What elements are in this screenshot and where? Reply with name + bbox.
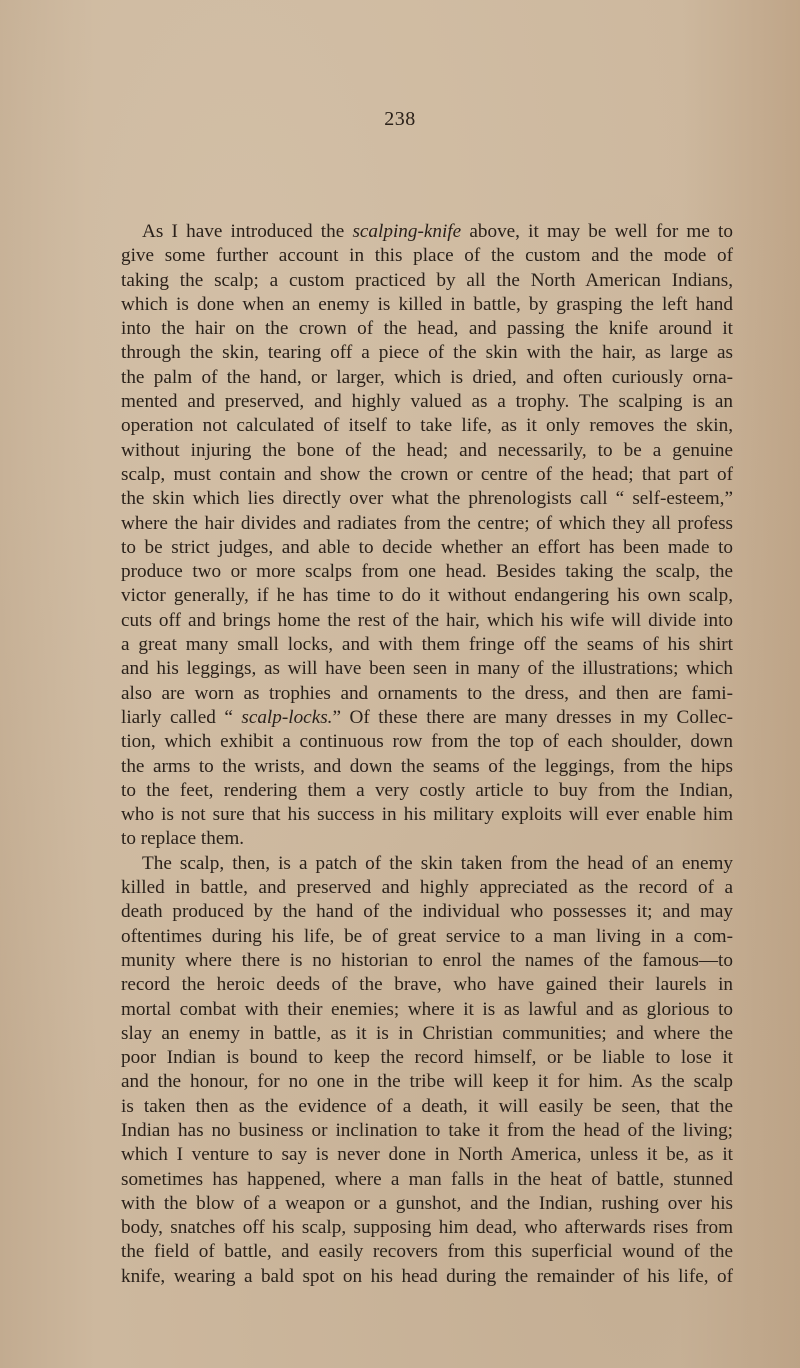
text-line: with the blow of a weapon or a gunshot, … [121,1192,733,1216]
text-line: to be strict judges, and able to decide … [121,536,733,560]
text-line: oftentimes during his life, be of great … [121,925,733,949]
text-line: is taken then as the evidence of a death… [121,1095,733,1119]
text-line: scalp, must contain and show the crown o… [121,463,733,487]
text-line: body, snatches off his scalp, supposing … [121,1216,733,1240]
text-line: the arms to the wrists, and down the sea… [121,755,733,779]
text-line: taking the scalp; a custom practiced by … [121,269,733,293]
text-line: sometimes has happened, where a man fall… [121,1168,733,1192]
text-line: cuts off and brings home the rest of the… [121,609,733,633]
text-line: Indian has no business or inclination to… [121,1119,733,1143]
text-line: mented and preserved, and highly valued … [121,390,733,414]
paragraph-2: The scalp, then, is a patch of the skin … [121,852,733,1289]
text-line: to the feet, rendering them a very costl… [121,779,733,803]
text-line: where the hair divides and radiates from… [121,512,733,536]
paragraph-1: As I have introduced the scalping-knife … [121,220,733,852]
text-line: without injuring the bone of the head; a… [121,439,733,463]
text-line: the skin which lies directly over what t… [121,487,733,511]
italic-term: scalp-locks. [241,707,332,728]
text-line: tion, which exhibit a continuous row fro… [121,730,733,754]
text-line: liarly called “ scalp-locks.” Of these t… [121,706,733,730]
body-text: As I have introduced the scalping-knife … [121,220,733,1289]
text-line: and the honour, for no one in the tribe … [121,1070,733,1094]
text-line: which I venture to say is never done in … [121,1143,733,1167]
text-line: knife, wearing a bald spot on his head d… [121,1265,733,1289]
text-line: a great many small locks, and with them … [121,633,733,657]
text-line: who is not sure that his success in his … [121,803,733,827]
text-line: As I have introduced the scalping-knife … [121,220,733,244]
text-line: and his leggings, as will have been seen… [121,657,733,681]
text-line: produce two or more scalps from one head… [121,560,733,584]
page-number: 238 [0,108,800,131]
text-line: into the hair on the crown of the head, … [121,317,733,341]
text-line: the palm of the hand, or larger, which i… [121,366,733,390]
text-line: victor generally, if he has time to do i… [121,584,733,608]
text-line: poor Indian is bound to keep the record … [121,1046,733,1070]
text-line: killed in battle, and preserved and high… [121,876,733,900]
text-line: also are worn as trophies and ornaments … [121,682,733,706]
text-line: The scalp, then, is a patch of the skin … [121,852,733,876]
text-line: which is done when an enemy is killed in… [121,293,733,317]
text-line: through the skin, tearing off a piece of… [121,341,733,365]
text-line: death produced by the hand of the indivi… [121,900,733,924]
italic-term: scalping-knife [352,221,461,242]
text-line: the field of battle, and easily recovers… [121,1240,733,1264]
text-line: to replace them. [121,827,733,851]
text-line: mortal combat with their enemies; where … [121,998,733,1022]
text-line: slay an enemy in battle, as it is in Chr… [121,1022,733,1046]
text-line: give some further account in this place … [121,244,733,268]
text-line: record the heroic deeds of the brave, wh… [121,973,733,997]
text-line: operation not calculated of itself to ta… [121,414,733,438]
text-line: munity where there is no historian to en… [121,949,733,973]
